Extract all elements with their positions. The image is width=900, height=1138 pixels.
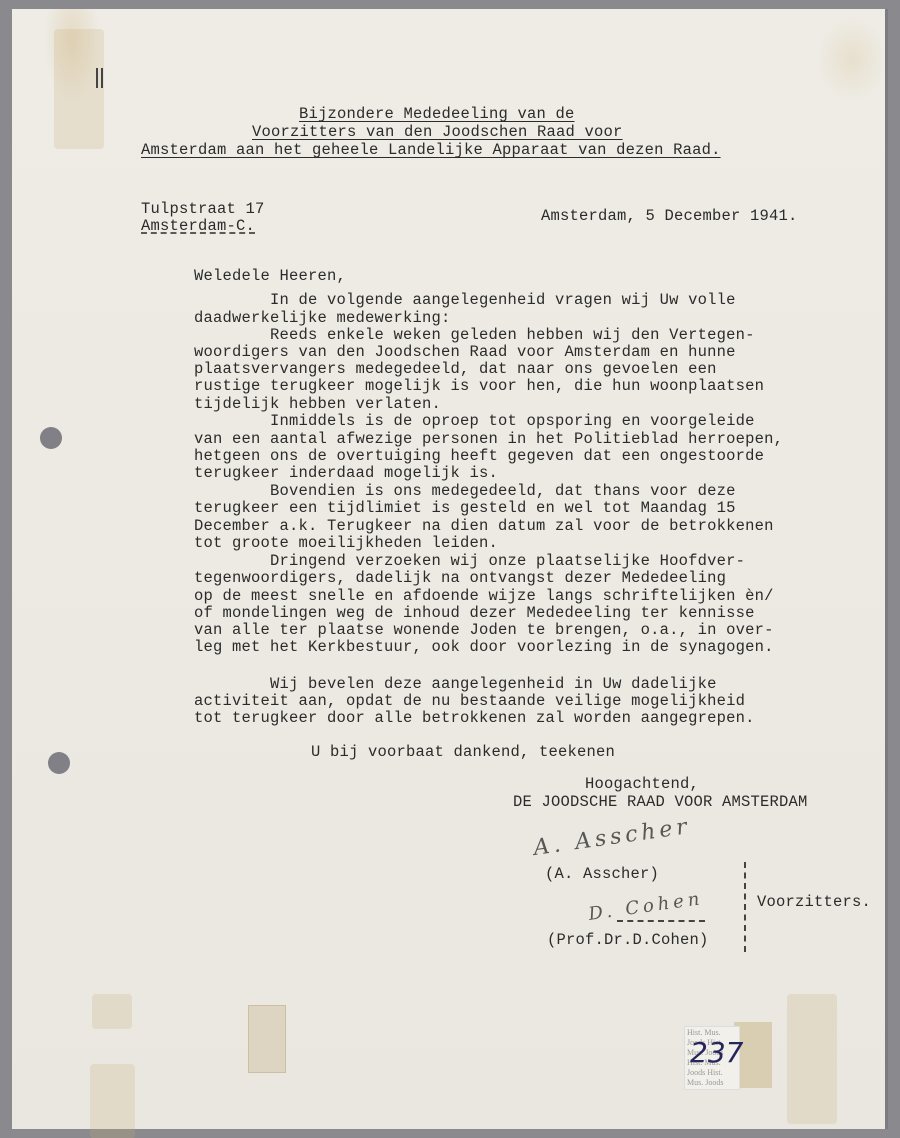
body-line: rustige terugkeer mogelijk is voor hen, … (194, 378, 764, 395)
signature-line (617, 920, 705, 922)
body-line: tegenwoordigers, dadelijk na ontvangst d… (194, 570, 726, 587)
closing-greeting: Hoogachtend, (585, 776, 699, 793)
date-line: Amsterdam, 5 December 1941. (541, 208, 798, 225)
body-line: van alle ter plaatse wonende Joden te br… (194, 622, 774, 639)
margin-mark (96, 68, 98, 88)
body-line: daadwerkelijke medewerking: (194, 310, 451, 327)
body-line: tijdelijk hebben verlaten. (194, 396, 441, 413)
body-line: leg met het Kerkbestuur, ook door voorle… (194, 639, 774, 656)
stain (787, 994, 837, 1124)
body-line: op de meest snelle en afdoende wijze lan… (194, 588, 774, 605)
punch-hole (40, 427, 62, 449)
signatory-name: (Prof.Dr.D.Cohen) (547, 932, 709, 949)
heading-line-2: Voorzitters van den Joodschen Raad voor (252, 124, 623, 141)
organization-name: DE JOODSCHE RAAD VOOR AMSTERDAM (513, 794, 808, 811)
body-line: van een aantal afwezige personen in het … (194, 431, 783, 448)
body-line: tot terugkeer door alle betrokkenen zal … (194, 710, 755, 727)
body-line: tot groote moeilijkheden leiden. (194, 535, 498, 552)
signatory-name: (A. Asscher) (545, 866, 659, 883)
salutation: Weledele Heeren, (194, 268, 346, 285)
body-line: Bovendien is ons medegedeeld, dat thans … (194, 483, 736, 500)
body-line: Inmiddels is de oproep tot opsporing en … (194, 413, 755, 430)
body-line: December a.k. Terugkeer na dien datum za… (194, 518, 774, 535)
stain (54, 29, 104, 149)
sender-street: Tulpstraat 17 (141, 201, 265, 218)
archive-number: 237 (690, 1036, 743, 1069)
margin-mark (101, 68, 103, 88)
body-line: of mondelingen weg de inhoud dezer Meded… (194, 605, 755, 622)
signatory-brace (744, 862, 748, 952)
body-line: In de volgende aangelegenheid vragen wij… (194, 292, 736, 309)
body-line: hetgeen ons de overtuiging heeft gegeven… (194, 448, 764, 465)
body-line: woordigers van den Joodschen Raad voor A… (194, 344, 736, 361)
body-line: plaatsvervangers medegedeeld, dat naar o… (194, 361, 717, 378)
body-line: activiteit aan, opdat de nu bestaande ve… (194, 693, 745, 710)
sender-city: Amsterdam-C. (141, 218, 255, 235)
body-line: terugkeer een tijdlimiet is gesteld en w… (194, 500, 736, 517)
tape-residue (248, 1005, 286, 1073)
signatory-role: Voorzitters. (757, 894, 871, 911)
body-line: Wij bevelen deze aangelegenheid in Uw da… (194, 676, 717, 693)
heading-line-3: Amsterdam aan het geheele Landelijke App… (141, 142, 721, 159)
stain (90, 1064, 135, 1138)
heading-line-1: Bijzondere Mededeeling van de (299, 106, 575, 123)
body-line: Dringend verzoeken wij onze plaatselijke… (194, 553, 745, 570)
body-line: Reeds enkele weken geleden hebben wij de… (194, 327, 755, 344)
thanks-line: U bij voorbaat dankend, teekenen (311, 744, 615, 761)
punch-hole (48, 752, 70, 774)
stain (92, 994, 132, 1029)
